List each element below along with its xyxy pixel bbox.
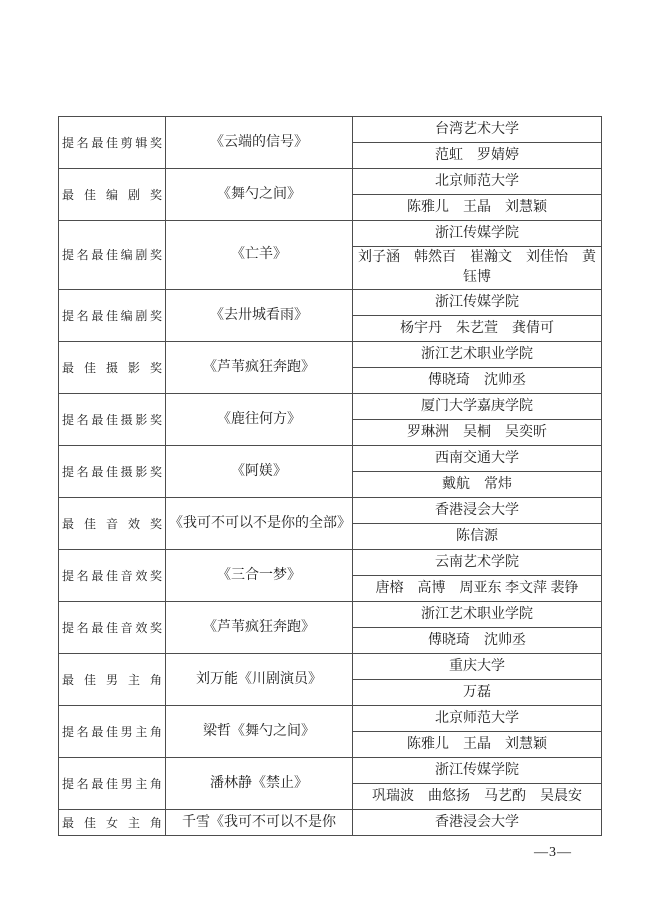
award-cell: 提名最佳男主角 bbox=[59, 706, 166, 758]
school-cell: 浙江艺术职业学院 bbox=[353, 602, 602, 628]
page-number: —3— bbox=[523, 845, 583, 861]
award-cell: 最佳摄影奖 bbox=[59, 342, 166, 394]
table-row: 提名最佳摄影奖 《鹿往何方》 厦门大学嘉庚学院 bbox=[59, 394, 602, 420]
school-cell: 浙江传媒学院 bbox=[353, 758, 602, 784]
names-cell: 杨宇丹 朱艺萱 龚倩可 bbox=[353, 316, 602, 342]
school-cell: 西南交通大学 bbox=[353, 446, 602, 472]
awards-table-body: 提名最佳剪辑奖 《云端的信号》 台湾艺术大学 范虹 罗婧婷 最佳编剧奖 《舞勺之… bbox=[59, 117, 602, 836]
table-row: 最佳女主角 千雪《我可不可以不是你 香港浸会大学 bbox=[59, 810, 602, 836]
table-row: 最佳音效奖 《我可不可以不是你的全部》 香港浸会大学 bbox=[59, 498, 602, 524]
film-title-cell: 刘万能《川剧演员》 bbox=[166, 654, 353, 706]
award-cell: 提名最佳剪辑奖 bbox=[59, 117, 166, 169]
film-title-cell: 《我可不可以不是你的全部》 bbox=[166, 498, 353, 550]
film-title-cell: 《三合一梦》 bbox=[166, 550, 353, 602]
film-title-cell: 《舞勺之间》 bbox=[166, 169, 353, 221]
film-title-cell: 《鹿往何方》 bbox=[166, 394, 353, 446]
table-row: 提名最佳剪辑奖 《云端的信号》 台湾艺术大学 bbox=[59, 117, 602, 143]
names-cell: 陈雅儿 王晶 刘慧颖 bbox=[353, 732, 602, 758]
table-row: 提名最佳男主角 梁哲《舞勺之间》 北京师范大学 bbox=[59, 706, 602, 732]
film-title-cell: 潘林静《禁止》 bbox=[166, 758, 353, 810]
table-row: 最佳男主角 刘万能《川剧演员》 重庆大学 bbox=[59, 654, 602, 680]
names-cell: 刘子涵 韩然百 崔瀚文 刘佳怡 黄钰博 bbox=[353, 247, 602, 290]
school-cell: 重庆大学 bbox=[353, 654, 602, 680]
award-cell: 提名最佳编剧奖 bbox=[59, 290, 166, 342]
table-row: 提名最佳摄影奖 《阿媄》 西南交通大学 bbox=[59, 446, 602, 472]
film-title-cell: 《芦苇疯狂奔跑》 bbox=[166, 342, 353, 394]
names-cell: 巩瑞波 曲悠扬 马艺酌 吴晨安 bbox=[353, 784, 602, 810]
school-cell: 北京师范大学 bbox=[353, 169, 602, 195]
film-title-cell: 《芦苇疯狂奔跑》 bbox=[166, 602, 353, 654]
award-cell: 提名最佳摄影奖 bbox=[59, 446, 166, 498]
film-title-cell: 梁哲《舞勺之间》 bbox=[166, 706, 353, 758]
film-title-cell: 千雪《我可不可以不是你 bbox=[166, 810, 353, 836]
film-title-cell: 《亡羊》 bbox=[166, 221, 353, 290]
names-cell: 陈雅儿 王晶 刘慧颖 bbox=[353, 195, 602, 221]
table-row: 最佳摄影奖 《芦苇疯狂奔跑》 浙江艺术职业学院 bbox=[59, 342, 602, 368]
film-title-cell: 《云端的信号》 bbox=[166, 117, 353, 169]
award-cell: 最佳音效奖 bbox=[59, 498, 166, 550]
document-page: 提名最佳剪辑奖 《云端的信号》 台湾艺术大学 范虹 罗婧婷 最佳编剧奖 《舞勺之… bbox=[0, 0, 650, 919]
table-row: 提名最佳音效奖 《芦苇疯狂奔跑》 浙江艺术职业学院 bbox=[59, 602, 602, 628]
names-cell: 傅晓琦 沈帅丞 bbox=[353, 628, 602, 654]
award-cell: 最佳编剧奖 bbox=[59, 169, 166, 221]
names-cell: 戴航 常炜 bbox=[353, 472, 602, 498]
names-cell: 陈信源 bbox=[353, 524, 602, 550]
table-row: 提名最佳男主角 潘林静《禁止》 浙江传媒学院 bbox=[59, 758, 602, 784]
film-title-cell: 《阿媄》 bbox=[166, 446, 353, 498]
film-title-cell: 《去卅城看雨》 bbox=[166, 290, 353, 342]
table-row: 提名最佳编剧奖 《去卅城看雨》 浙江传媒学院 bbox=[59, 290, 602, 316]
names-cell: 唐榕 高博 周亚东 李文萍 裴铮 bbox=[353, 576, 602, 602]
school-cell: 浙江传媒学院 bbox=[353, 290, 602, 316]
table-row: 提名最佳音效奖 《三合一梦》 云南艺术学院 bbox=[59, 550, 602, 576]
names-cell: 万磊 bbox=[353, 680, 602, 706]
names-cell: 罗琳洲 吴桐 吴奕昕 bbox=[353, 420, 602, 446]
awards-table: 提名最佳剪辑奖 《云端的信号》 台湾艺术大学 范虹 罗婧婷 最佳编剧奖 《舞勺之… bbox=[58, 116, 602, 836]
school-cell: 云南艺术学院 bbox=[353, 550, 602, 576]
school-cell: 北京师范大学 bbox=[353, 706, 602, 732]
award-cell: 最佳女主角 bbox=[59, 810, 166, 836]
names-cell: 傅晓琦 沈帅丞 bbox=[353, 368, 602, 394]
award-cell: 提名最佳摄影奖 bbox=[59, 394, 166, 446]
school-cell: 浙江传媒学院 bbox=[353, 221, 602, 247]
school-cell: 香港浸会大学 bbox=[353, 810, 602, 836]
award-cell: 提名最佳音效奖 bbox=[59, 550, 166, 602]
school-cell: 香港浸会大学 bbox=[353, 498, 602, 524]
names-cell: 范虹 罗婧婷 bbox=[353, 143, 602, 169]
award-cell: 提名最佳编剧奖 bbox=[59, 221, 166, 290]
school-cell: 浙江艺术职业学院 bbox=[353, 342, 602, 368]
table-row: 提名最佳编剧奖 《亡羊》 浙江传媒学院 bbox=[59, 221, 602, 247]
award-cell: 提名最佳男主角 bbox=[59, 758, 166, 810]
school-cell: 台湾艺术大学 bbox=[353, 117, 602, 143]
table-row: 最佳编剧奖 《舞勺之间》 北京师范大学 bbox=[59, 169, 602, 195]
school-cell: 厦门大学嘉庚学院 bbox=[353, 394, 602, 420]
award-cell: 提名最佳音效奖 bbox=[59, 602, 166, 654]
award-cell: 最佳男主角 bbox=[59, 654, 166, 706]
